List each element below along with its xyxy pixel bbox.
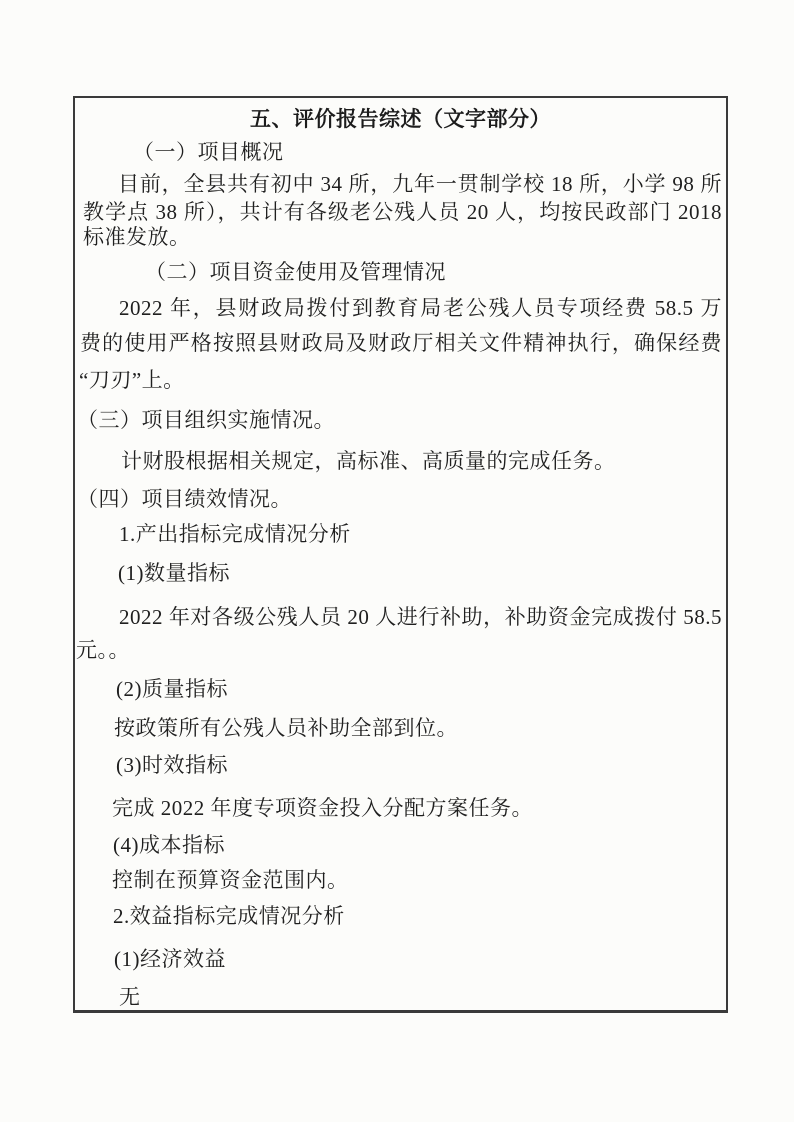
para-quantity-line-1: 2022 年对各级公残人员 20 人进行补助，补助资金完成拨付 58.5 万 (119, 603, 722, 631)
para-implementation-line: 计财股根据相关规定，高标准、高质量的完成任务。 (121, 447, 616, 475)
para-quality-line: 按政策所有公残人员补助全部到位。 (114, 714, 458, 742)
para-timeliness-line: 完成 2022 年度专项资金投入分配方案任务。 (112, 794, 533, 822)
subsection-3-heading: （三）项目组织实施情况。 (77, 406, 335, 434)
indicator-economic-benefit-heading: (1)经济效益 (114, 945, 226, 973)
indicator-timeliness-heading: (3)时效指标 (116, 751, 228, 779)
para-overview-line-2: 教学点 38 所），共计有各级老公残人员 20 人，均按民政部门 2018 年新 (83, 198, 722, 226)
indicator-quality-heading: (2)质量指标 (116, 675, 228, 703)
item-2-benefit-heading: 2.效益指标完成情况分析 (113, 902, 345, 930)
para-overview-line-1: 目前，全县共有初中 34 所，九年一贯制学校 18 所，小学 98 所（含 (118, 170, 722, 198)
indicator-cost-heading: (4)成本指标 (113, 831, 225, 859)
indicator-quantity-heading: (1)数量指标 (118, 559, 230, 587)
item-1-output-heading: 1.产出指标完成情况分析 (119, 520, 351, 548)
para-funds-line-1: 2022 年，县财政局拨付到教育局老公残人员专项经费 58.5 万元。经 (119, 294, 722, 322)
subsection-2-heading: （二）项目资金使用及管理情况 (145, 258, 446, 286)
para-cost-line: 控制在预算资金范围内。 (112, 866, 349, 894)
subsection-1-heading: （一）项目概况 (133, 138, 284, 166)
para-funds-line-3: “刀刃”上。 (79, 366, 185, 394)
para-quantity-line-2: 元。。 (76, 636, 130, 664)
subsection-4-heading: （四）项目绩效情况。 (77, 485, 292, 513)
report-table-cell: 五、评价报告综述（文字部分） （一）项目概况 目前，全县共有初中 34 所，九年… (73, 96, 728, 1013)
para-funds-line-2: 费的使用严格按照县财政局及财政厅相关文件精神执行，确保经费用在 (80, 329, 722, 357)
para-economic-benefit-value: 无 (119, 983, 141, 1011)
document-page: 五、评价报告综述（文字部分） （一）项目概况 目前，全县共有初中 34 所，九年… (0, 0, 794, 1122)
report-title: 五、评价报告综述（文字部分） (75, 105, 726, 133)
para-overview-line-3: 标准发放。 (83, 223, 191, 251)
